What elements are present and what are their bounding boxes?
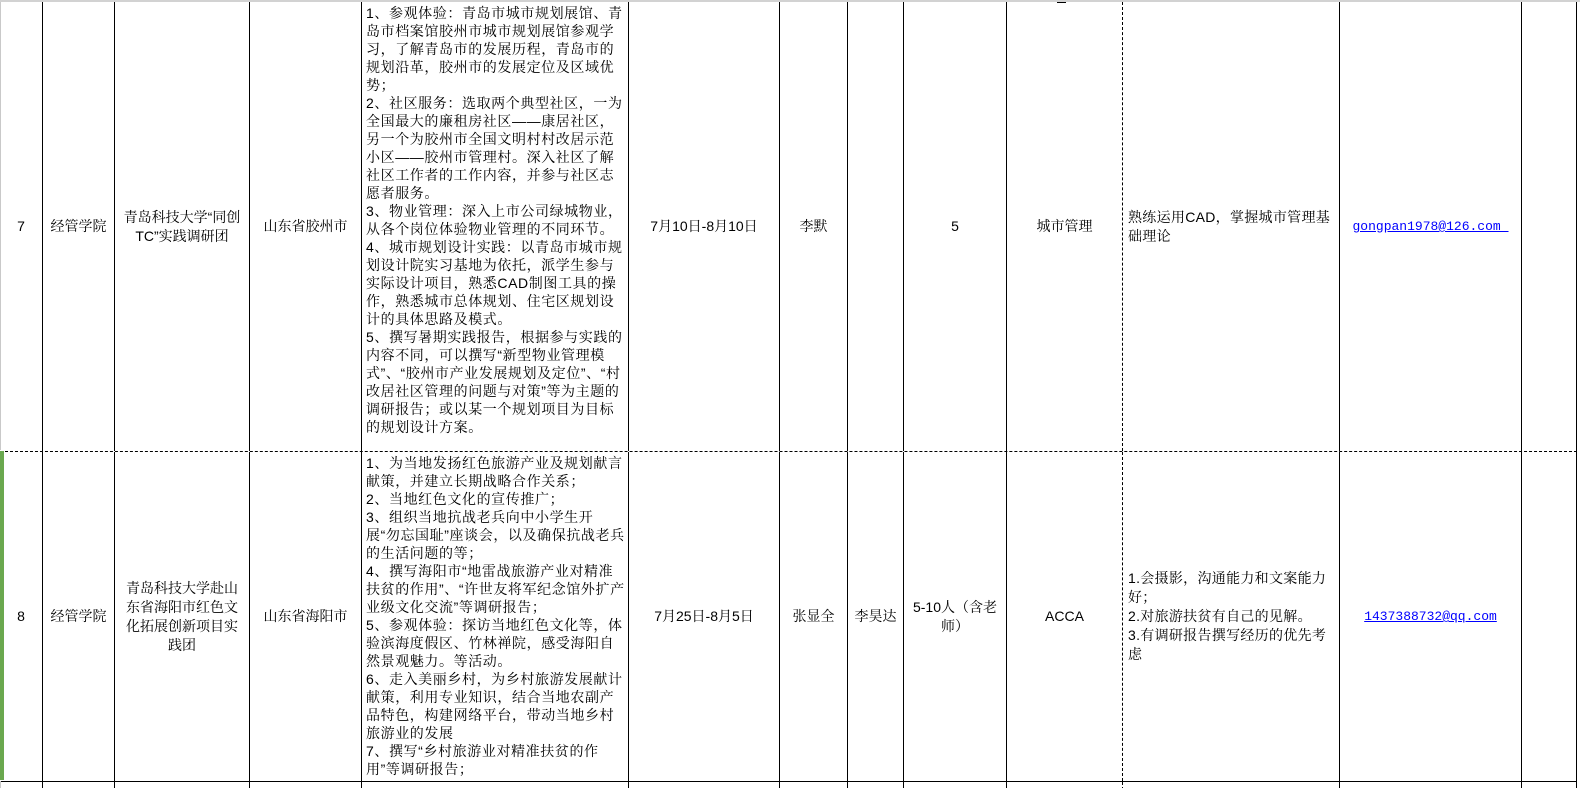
cell-empty[interactable]	[848, 782, 904, 788]
cell-member[interactable]: 李昊达	[848, 452, 904, 781]
cell-major[interactable]: ACCA	[1007, 452, 1123, 781]
cell-empty[interactable]	[1522, 782, 1577, 788]
cell-team-name[interactable]: 青岛科技大学“同创TC”实践调研团	[115, 2, 250, 451]
gridline-left-edge	[0, 2, 1, 450]
cell-empty[interactable]	[1123, 782, 1340, 788]
cell-count[interactable]: 5-10人（含老师）	[904, 452, 1007, 781]
cell-empty[interactable]	[115, 782, 250, 788]
cell-row-number[interactable]: 8	[0, 452, 43, 781]
cell-empty[interactable]	[629, 782, 780, 788]
cell-empty[interactable]	[1522, 452, 1577, 781]
cell-email[interactable]: 1437388732@qq.com	[1340, 452, 1522, 781]
cell-college[interactable]: 经管学院	[43, 452, 115, 781]
email-link[interactable]: gongpan1978@126.com	[1352, 217, 1508, 236]
cell-major[interactable]: 城市管理	[1007, 2, 1123, 451]
cell-empty[interactable]	[1007, 782, 1123, 788]
email-link[interactable]: 1437388732@qq.com	[1364, 607, 1497, 626]
worksheet-table: 7 经管学院 青岛科技大学“同创TC”实践调研团 山东省胶州市 1、参观体验：青…	[0, 0, 1580, 788]
cell-leader[interactable]: 张显全	[780, 452, 848, 781]
cell-requirements[interactable]: 熟练运用CAD，掌握城市管理基础理论	[1123, 2, 1340, 451]
cutoff-text-remnant	[1057, 0, 1066, 3]
cell-email[interactable]: gongpan1978@126.com	[1340, 2, 1522, 451]
cell-dates[interactable]: 7月25日-8月5日	[629, 452, 780, 781]
cell-empty[interactable]	[904, 782, 1007, 788]
cell-empty[interactable]	[362, 782, 629, 788]
cell-description[interactable]: 1、为当地发扬红色旅游产业及规划献言献策，并建立长期战略合作关系； 2、当地红色…	[362, 452, 629, 781]
cell-team-name[interactable]: 青岛科技大学赴山东省海阳市红色文化拓展创新项目实践团	[115, 452, 250, 781]
table-row-7: 7 经管学院 青岛科技大学“同创TC”实践调研团 山东省胶州市 1、参观体验：青…	[0, 2, 1577, 452]
cell-count[interactable]: 5	[904, 2, 1007, 451]
cell-empty[interactable]	[0, 782, 43, 788]
cell-empty[interactable]	[1522, 2, 1577, 451]
cell-requirements[interactable]: 1.会摄影，沟通能力和文案能力好； 2.对旅游扶贫有自己的见解。 3.有调研报告…	[1123, 452, 1340, 781]
cell-row-number[interactable]: 7	[0, 2, 43, 451]
cell-leader[interactable]: 李默	[780, 2, 848, 451]
cell-empty[interactable]	[780, 782, 848, 788]
cell-dates[interactable]: 7月10日-8月10日	[629, 2, 780, 451]
cell-empty[interactable]	[43, 782, 115, 788]
row-highlight-marker	[0, 451, 4, 780]
cell-college[interactable]: 经管学院	[43, 2, 115, 451]
cell-member[interactable]	[848, 2, 904, 451]
gridline-left-edge	[0, 781, 1, 788]
cell-location[interactable]: 山东省胶州市	[250, 2, 362, 451]
cell-empty[interactable]	[1340, 782, 1522, 788]
cell-location[interactable]: 山东省海阳市	[250, 452, 362, 781]
partial-next-row	[0, 782, 1577, 788]
cell-description[interactable]: 1、参观体验：青岛市城市规划展馆、青岛市档案馆胶州市城市规划展馆参观学习，了解青…	[362, 2, 629, 451]
table-row-8: 8 经管学院 青岛科技大学赴山东省海阳市红色文化拓展创新项目实践团 山东省海阳市…	[0, 452, 1577, 782]
cell-empty[interactable]	[250, 782, 362, 788]
